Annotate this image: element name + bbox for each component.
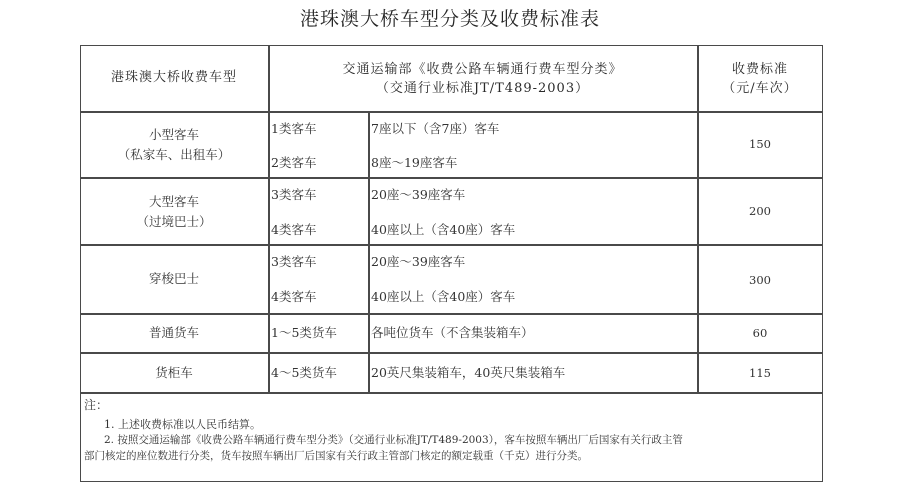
note-item-2-line1: 2. 按照交通运输部《收费公路车辆通行费车型分类》（交通行业标准JT/T489-… — [104, 433, 683, 448]
fee-cell: 200 — [697, 202, 823, 220]
desc-cell: 40座以上（含40座）客车 — [371, 221, 515, 239]
row-divider — [80, 352, 823, 354]
fee-cell: 300 — [697, 271, 823, 289]
class-cell: 4类客车 — [271, 221, 316, 239]
desc-cell: 20座～39座客车 — [371, 253, 465, 271]
vehicle-type-shuttle-bus: 穿梭巴士 — [80, 270, 268, 288]
class-cell: 3类客车 — [271, 186, 316, 204]
header-ministry-line1: 交通运输部《收费公路车辆通行费车型分类》 — [268, 60, 697, 79]
vehicle-type-container-truck: 货柜车 — [80, 364, 268, 382]
notes-label: 注： — [84, 398, 108, 413]
page-title: 港珠澳大桥车型分类及收费标准表 — [0, 6, 900, 32]
desc-cell: 7座以下（含7座）客车 — [371, 120, 499, 138]
vehicle-type-small-bus: 小型客车 （私家车、出租车） — [80, 125, 268, 165]
header-ministry-classification: 交通运输部《收费公路车辆通行费车型分类》 （交通行业标准JT/T489-2003… — [268, 60, 697, 98]
class-cell: 2类客车 — [271, 154, 316, 172]
class-cell: 1～5类货车 — [271, 324, 337, 342]
fee-cell: 115 — [697, 364, 823, 382]
header-vehicle-type-label: 港珠澳大桥收费车型 — [111, 70, 237, 85]
desc-cell: 各吨位货车（不含集装箱车） — [371, 324, 534, 342]
desc-cell: 20座～39座客车 — [371, 186, 465, 204]
class-cell: 1类客车 — [271, 120, 316, 138]
row-divider — [80, 392, 823, 394]
vehicle-type-regular-truck: 普通货车 — [80, 324, 268, 342]
col-divider — [368, 111, 370, 393]
header-ministry-line2: （交通行业标准JT/T489-2003） — [268, 79, 697, 98]
header-fee-line1: 收费标准 — [697, 60, 823, 79]
header-fee-line2: （元/车次） — [697, 79, 823, 98]
row-divider — [80, 244, 823, 246]
desc-cell: 40座以上（含40座）客车 — [371, 288, 515, 306]
note-item-2-line2: 部门核定的座位数进行分类，货车按照车辆出厂后国家有关行政主管部门核定的额定载重（… — [84, 449, 588, 464]
row-divider — [80, 111, 823, 113]
row-divider — [80, 177, 823, 179]
fee-cell: 60 — [697, 324, 823, 342]
note-item-1: 1. 上述收费标准以人民币结算。 — [104, 417, 261, 432]
row-divider — [80, 313, 823, 315]
class-cell: 4类客车 — [271, 288, 316, 306]
header-vehicle-type: 港珠澳大桥收费车型 — [80, 69, 268, 87]
class-cell: 4～5类货车 — [271, 364, 337, 382]
desc-cell: 20英尺集装箱车，40英尺集装箱车 — [371, 364, 565, 382]
vehicle-type-large-bus: 大型客车 （过境巴士） — [80, 192, 268, 232]
class-cell: 3类客车 — [271, 253, 316, 271]
header-fee-standard: 收费标准 （元/车次） — [697, 60, 823, 98]
desc-cell: 8座～19座客车 — [371, 154, 457, 172]
fee-cell: 150 — [697, 135, 823, 153]
